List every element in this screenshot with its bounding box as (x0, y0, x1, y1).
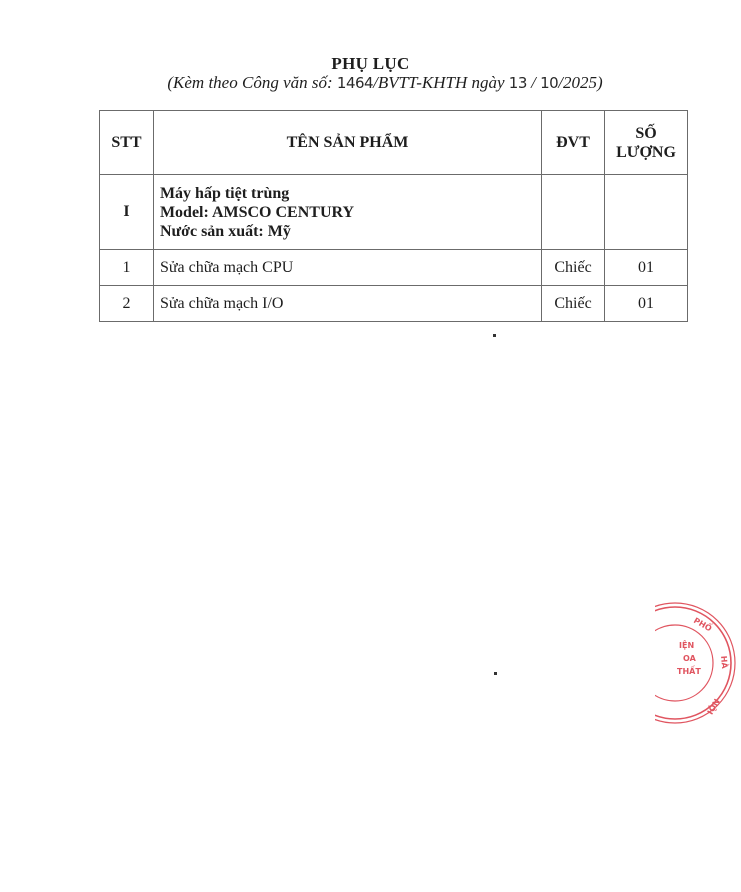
product-table: STT TÊN SẢN PHẨM ĐVT SỐ LƯỢNG I Máy hấp … (99, 110, 688, 322)
header-quantity-line1: SỐ (611, 124, 681, 143)
appendix-subtitle: (Kèm theo Công văn số: 1464/BVTT-KHTH ng… (0, 73, 741, 93)
header-unit: ĐVT (542, 111, 605, 175)
svg-text:HÀ: HÀ (719, 655, 731, 670)
scan-speck (493, 334, 496, 337)
row-unit: Chiếc (542, 250, 605, 286)
table-row: 2 Sửa chữa mạch I/O Chiếc 01 (100, 286, 688, 322)
group-quantity (605, 175, 688, 250)
official-seal-stamp: PHỐ HÀ NỘI IỆN OA THẤT (655, 598, 741, 726)
row-product-name: Sửa chữa mạch CPU (153, 250, 541, 286)
handwritten-doc-number: 1464 (337, 74, 373, 92)
seal-icon: PHỐ HÀ NỘI IỆN OA THẤT (655, 598, 741, 726)
subtitle-doc-code: /BVTT-KHTH ngày (373, 73, 509, 92)
header-quantity-line2: LƯỢNG (611, 143, 681, 162)
group-stt: I (100, 175, 154, 250)
subtitle-separator: / (527, 73, 540, 92)
header-quantity: SỐ LƯỢNG (605, 111, 688, 175)
svg-text:OA: OA (683, 654, 697, 663)
group-unit (542, 175, 605, 250)
subtitle-suffix: /2025) (558, 73, 602, 92)
row-product-name: Sửa chữa mạch I/O (153, 286, 541, 322)
appendix-title: PHỤ LỤC (0, 54, 741, 74)
handwritten-month: 10 (540, 74, 558, 92)
svg-text:IỆN: IỆN (679, 640, 694, 650)
row-stt: 2 (100, 286, 154, 322)
scan-speck (494, 672, 497, 675)
row-stt: 1 (100, 250, 154, 286)
group-description: Máy hấp tiệt trùng Model: AMSCO CENTURY … (153, 175, 541, 250)
group-device-name: Máy hấp tiệt trùng (160, 184, 535, 203)
table-header-row: STT TÊN SẢN PHẨM ĐVT SỐ LƯỢNG (100, 111, 688, 175)
row-quantity: 01 (605, 250, 688, 286)
group-country: Nước sản xuất: Mỹ (160, 222, 535, 241)
subtitle-prefix: (Kèm theo Công văn số: (167, 73, 337, 92)
table-row: 1 Sửa chữa mạch CPU Chiếc 01 (100, 250, 688, 286)
header-stt: STT (100, 111, 154, 175)
table-group-row: I Máy hấp tiệt trùng Model: AMSCO CENTUR… (100, 175, 688, 250)
handwritten-day: 13 (509, 74, 527, 92)
header-product-name: TÊN SẢN PHẨM (153, 111, 541, 175)
row-quantity: 01 (605, 286, 688, 322)
group-model: Model: AMSCO CENTURY (160, 203, 535, 222)
svg-text:THẤT: THẤT (677, 664, 701, 676)
row-unit: Chiếc (542, 286, 605, 322)
